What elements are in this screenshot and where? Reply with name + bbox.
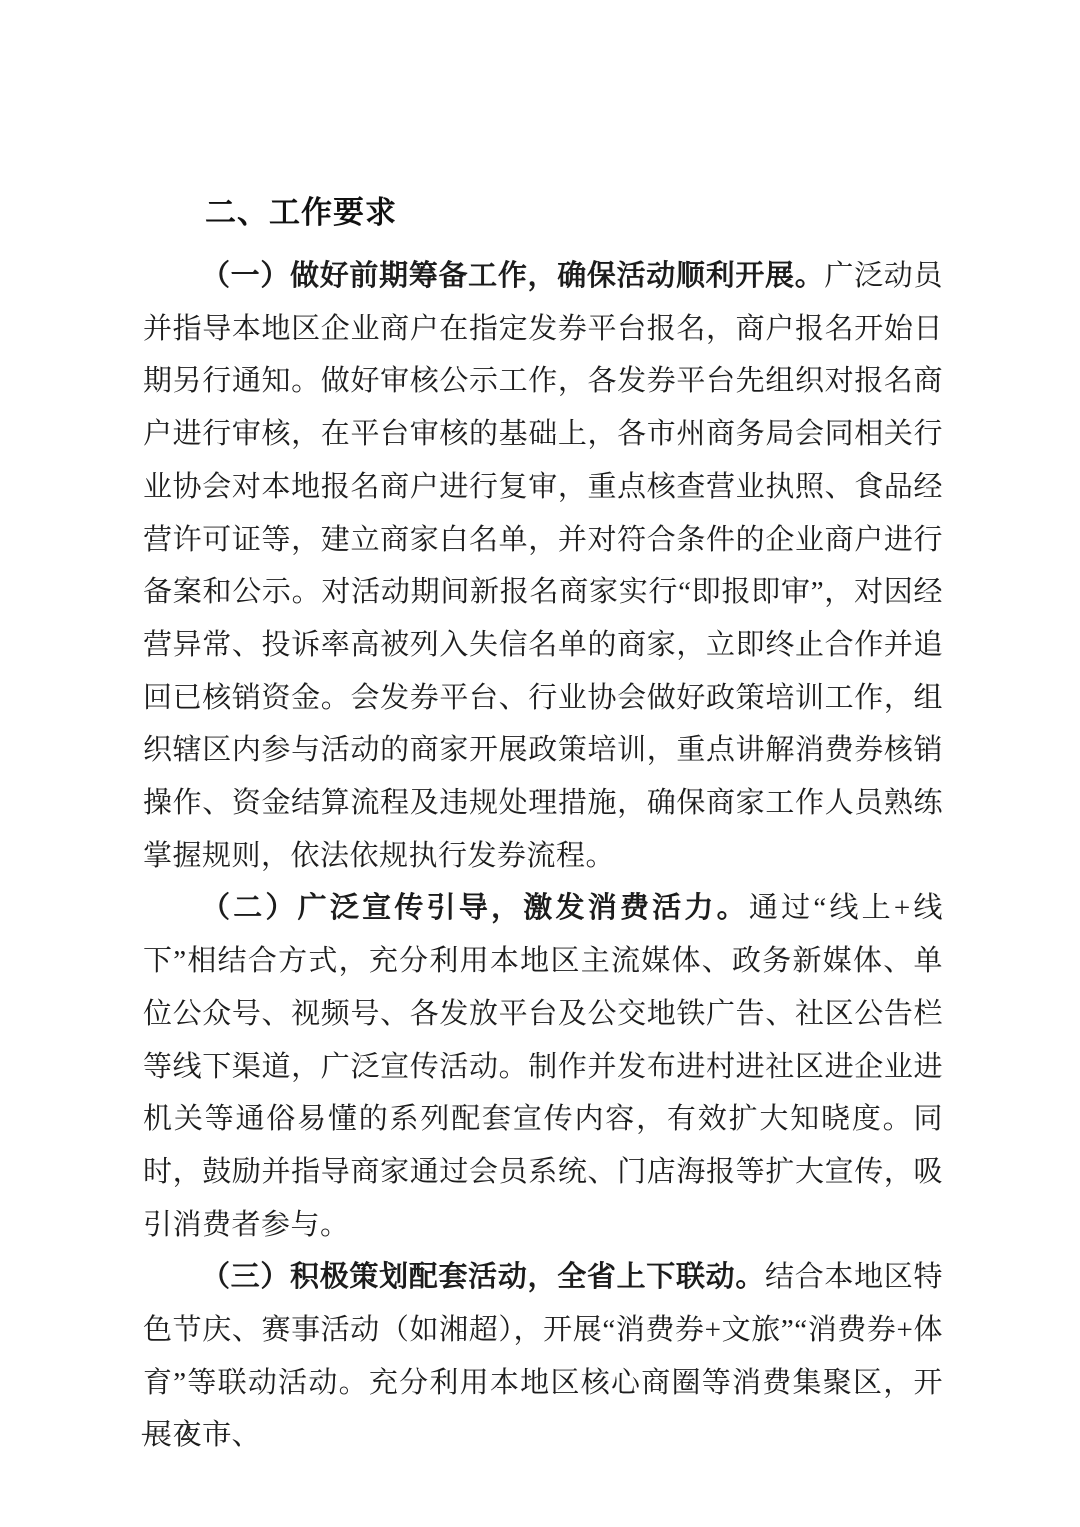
paragraph-2-lead: （二）广泛宣传引导，激发消费活力。 [201,892,749,924]
paragraph-1-body: 广泛动员并指导本地区企业商户在指定发券平台报名，商户报名开始日期另行通知。做好审… [143,260,943,872]
paragraph-3: （三）积极策划配套活动，全省上下联动。结合本地区特色节庆、赛事活动（如湘超），开… [143,1251,943,1462]
page-number: – 2 – [142,1420,240,1447]
document-page: 二、工作要求 （一）做好前期筹备工作，确保活动顺利开展。广泛动员并指导本地区企业… [0,0,1080,1527]
paragraph-1: （一）做好前期筹备工作，确保活动顺利开展。广泛动员并指导本地区企业商户在指定发券… [143,250,943,882]
paragraph-2-body: 通过“线上+线下”相结合方式，充分利用本地区主流媒体、政务新媒体、单位公众号、视… [143,892,943,1240]
paragraph-2: （二）广泛宣传引导，激发消费活力。通过“线上+线下”相结合方式，充分利用本地区主… [143,882,943,1251]
section-heading: 二、工作要求 [143,190,943,236]
paragraph-1-lead: （一）做好前期筹备工作，确保活动顺利开展。 [201,260,824,292]
document-content: 二、工作要求 （一）做好前期筹备工作，确保活动顺利开展。广泛动员并指导本地区企业… [143,190,943,1462]
paragraph-3-lead: （三）积极策划配套活动，全省上下联动。 [201,1261,765,1293]
